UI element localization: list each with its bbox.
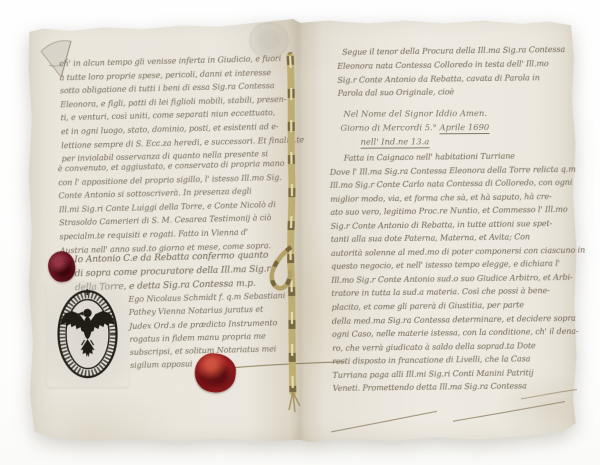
eagle-notarial-stamp-icon [55, 288, 119, 380]
pen-flourish-strokes [325, 387, 585, 438]
right-page-body: Fatta in Caignaco nell' habitationi Turr… [330, 149, 579, 396]
invocation-date-underlined: Aprile 1690 [439, 122, 489, 134]
indiction-underlined: nell' Ind.ne 13.a [361, 136, 430, 148]
manuscript-photo: ch' in alcun tempo gli venisse inferta i… [0, 0, 600, 465]
invocation-line-1: Nel Nome del Signor Iddio Amen. [343, 108, 487, 119]
right-page-heading: Segue il tenor della Procura della Ill.m… [337, 43, 578, 101]
manuscript-sheet: ch' in alcun tempo gli venisse inferta i… [27, 15, 578, 446]
notary-stamp-patch [46, 281, 129, 387]
binding-cord-icon [257, 52, 329, 432]
invocation-line-2-prefix: Giorno di Mercordi 5.° [340, 122, 439, 133]
invocation-line-3: nell' Ind.ne 13.a [361, 136, 430, 146]
invocation-line-2: Giorno di Mercordi 5.° Aprile 1690 [340, 122, 489, 133]
